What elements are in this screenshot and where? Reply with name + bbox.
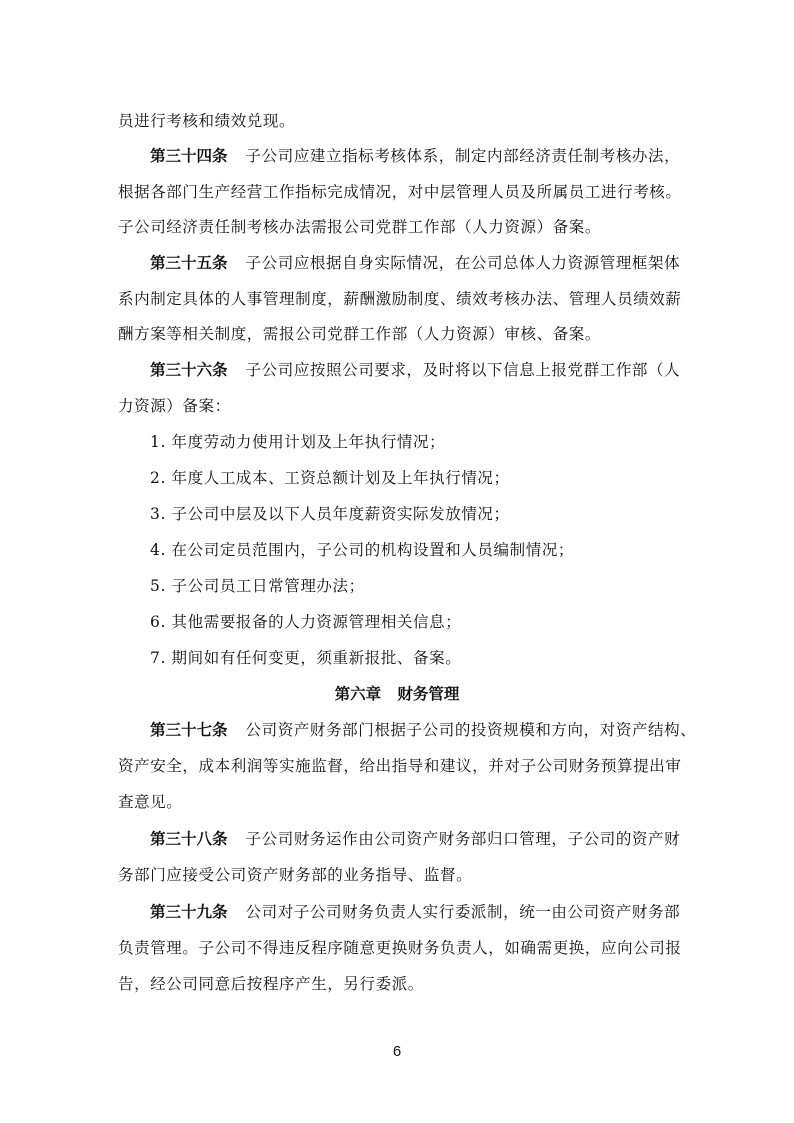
article-38-text: 子公司财务运作由公司资产财务部归口管理，子公司的资产财 — [246, 830, 681, 848]
article-39-line-2: 负责管理。子公司不得违反程序随意更换财务负责人，如确需更换，应向公司报 — [118, 938, 682, 958]
article-37-line-2: 资产安全，成本利润等实施监督，给出指导和建议，并对子公司财务预算提出审 — [118, 756, 682, 776]
list-item-7: 7. 期间如有任何变更，须重新报批、备案。 — [150, 648, 461, 668]
article-39-line-1: 第三十九条公司对子公司财务负责人实行委派制，统一由公司资产财务部 — [150, 902, 680, 922]
continuation-text: 员进行考核和绩效兑现。 — [118, 111, 295, 131]
article-39-line-3: 告，经公司同意后按程序产生，另行委派。 — [118, 974, 424, 994]
article-35-line-2: 系内制定具体的人事管理制度，薪酬激励制度、绩效考核办法、管理人员绩效薪 — [118, 289, 682, 309]
article-36-line-1: 第三十六条子公司应按照公司要求，及时将以下信息上报党群工作部（人 — [150, 360, 680, 380]
list-item-5: 5. 子公司员工日常管理办法； — [150, 576, 365, 596]
article-37-line-3: 查意见。 — [118, 792, 182, 812]
article-34-title: 第三十四条 — [150, 147, 228, 165]
article-38-title: 第三十八条 — [150, 830, 228, 848]
list-item-3: 3. 子公司中层及以下人员年度薪资实际发放情况； — [150, 504, 510, 524]
article-34-line-2: 根据各部门生产经营工作指标完成情况，对中层管理人员及所属员工进行考核。 — [118, 182, 682, 202]
page-number: 6 — [0, 1042, 794, 1062]
article-39-title: 第三十九条 — [150, 903, 228, 921]
article-38-line-1: 第三十八条子公司财务运作由公司资产财务部归口管理，子公司的资产财 — [150, 829, 680, 849]
article-35-title: 第三十五条 — [150, 254, 228, 272]
article-37-title: 第三十七条 — [150, 721, 228, 739]
article-35-text: 子公司应根据自身实际情况，在公司总体人力资源管理框架体 — [246, 254, 681, 272]
article-36-text: 子公司应按照公司要求，及时将以下信息上报党群工作部（人 — [246, 361, 681, 379]
article-38-line-2: 务部门应接受公司资产财务部的业务指导、监督。 — [118, 865, 472, 885]
article-37-line-1: 第三十七条公司资产财务部门根据子公司的投资规模和方向，对资产结构、 — [150, 720, 696, 740]
article-37-text: 公司资产财务部门根据子公司的投资规模和方向，对资产结构、 — [246, 721, 697, 739]
article-36-title: 第三十六条 — [150, 361, 228, 379]
article-35-line-1: 第三十五条子公司应根据自身实际情况，在公司总体人力资源管理框架体 — [150, 253, 680, 273]
document-page: 员进行考核和绩效兑现。 第三十四条子公司应建立指标考核体系，制定内部经济责任制考… — [0, 0, 794, 1123]
list-item-4: 4. 在公司定员范围内，子公司的机构设置和人员编制情况； — [150, 540, 574, 560]
article-34-text: 子公司应建立指标考核体系，制定内部经济责任制考核办法， — [246, 147, 681, 165]
list-item-6: 6. 其他需要报备的人力资源管理相关信息； — [150, 612, 461, 632]
article-39-text: 公司对子公司财务负责人实行委派制，统一由公司资产财务部 — [246, 903, 681, 921]
article-34-line-1: 第三十四条子公司应建立指标考核体系，制定内部经济责任制考核办法， — [150, 146, 680, 166]
article-36-line-2: 力资源）备案： — [118, 396, 231, 416]
list-item-2: 2. 年度人工成本、工资总额计划及上年执行情况； — [150, 468, 510, 488]
chapter-heading: 第六章 财务管理 — [0, 684, 794, 704]
article-34-line-3: 子公司经济责任制考核办法需报公司党群工作部（人力资源）备案。 — [118, 217, 601, 237]
article-35-line-3: 酬方案等相关制度，需报公司党群工作部（人力资源）审核、备案。 — [118, 324, 601, 344]
list-item-1: 1. 年度劳动力使用计划及上年执行情况； — [150, 432, 445, 452]
